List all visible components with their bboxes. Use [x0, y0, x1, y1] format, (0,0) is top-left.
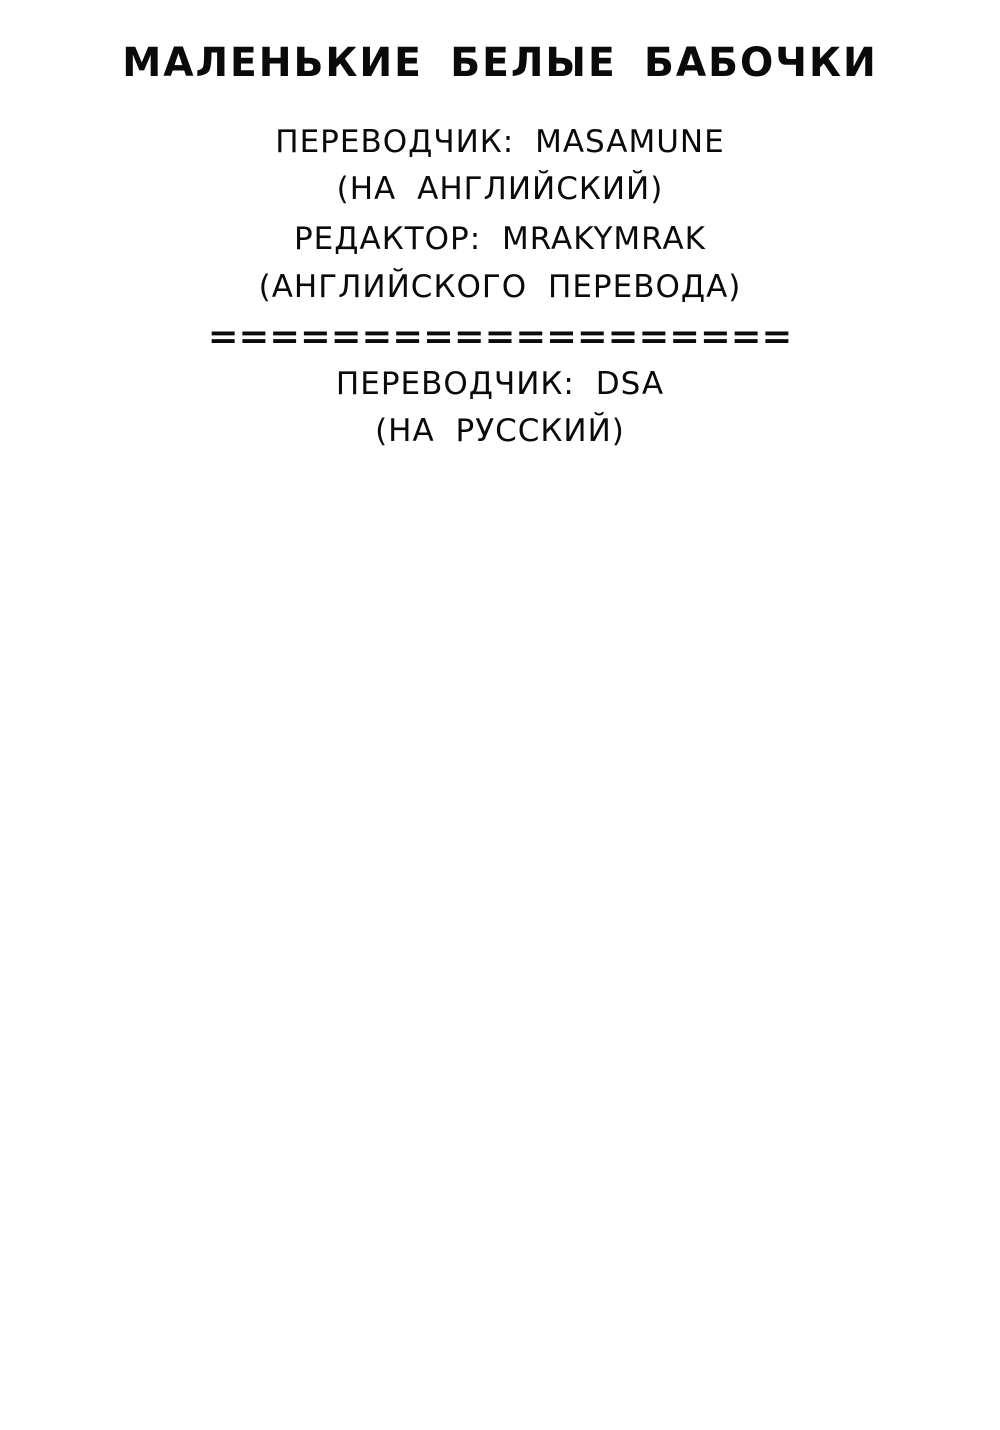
russian-translator-note: (на русский): [0, 413, 1000, 449]
english-translator-credit: Переводчик: Masamune: [0, 124, 1000, 160]
russian-translator-credit: Переводчик: DSA: [0, 366, 1000, 402]
separator-divider: ===================: [0, 317, 1000, 357]
english-editor-note: (английского перевода): [0, 269, 1000, 305]
page-title: Маленькие белые бабочки: [10, 40, 990, 86]
english-translator-note: (на английский): [0, 171, 1000, 207]
english-editor-credit: Редактор: Mrakymrak: [0, 221, 1000, 257]
credits-page: Маленькие белые бабочки Переводчик: Masa…: [0, 0, 1000, 1430]
